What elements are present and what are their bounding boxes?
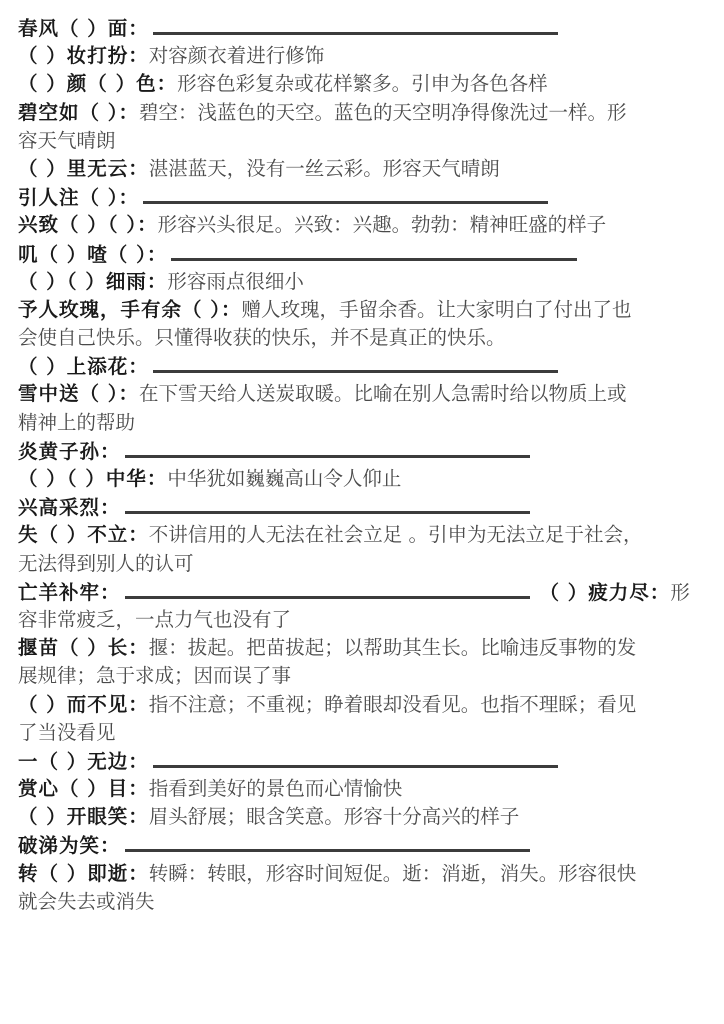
idiom-term: 一（ ）无边： bbox=[18, 750, 149, 773]
entry-line: 失（ ）不立：不讲信用的人无法在社会立足 。引申为无法立足于社会， bbox=[18, 521, 708, 549]
idiom-term: （ ）妆打扮： bbox=[18, 44, 149, 67]
idiom-definition-continued: 容天气晴朗 bbox=[18, 129, 116, 152]
entry-line: （ ）开眼笑：眉头舒展；眼含笑意。形容十分高兴的样子 bbox=[18, 803, 708, 831]
entry-line: 炎黄子孙： bbox=[18, 437, 708, 465]
entry-line: 兴致（ ）（ ）：形容兴头很足。兴致：兴趣。勃勃：精神旺盛的样子 bbox=[18, 211, 708, 239]
idiom-term: 破涕为笑： bbox=[18, 834, 121, 857]
entry-continuation: 容天气晴朗 bbox=[18, 127, 708, 155]
entry-continuation: 精神上的帮助 bbox=[18, 409, 708, 437]
entry-continuation: 展规律；急于求成；因而误了事 bbox=[18, 662, 708, 690]
entry-line: 春风（ ）面： bbox=[18, 14, 708, 42]
entry-line: 予人玫瑰，手有余（ ）：赠人玫瑰，手留余香。让大家明白了付出了也 bbox=[18, 296, 708, 324]
entry-line: （ ）妆打扮：对容颜衣着进行修饰 bbox=[18, 42, 708, 70]
idiom-term: （ ）里无云： bbox=[18, 157, 149, 180]
answer-blank[interactable] bbox=[153, 352, 558, 373]
idiom-term: （ ）（ ）中华： bbox=[18, 467, 167, 490]
entry-line: （ ）（ ）中华：中华犹如巍巍高山令人仰止 bbox=[18, 465, 708, 493]
idiom-term: （ ）开眼笑： bbox=[18, 805, 149, 828]
idiom-definition: 眉头舒展；眼含笑意。形容十分高兴的样子 bbox=[149, 805, 520, 828]
idiom-definition: 转瞬：转眼，形容时间短促。逝：消逝，消失。形容很快 bbox=[149, 862, 637, 885]
entry-continuation: 了当没看见 bbox=[18, 719, 708, 747]
idiom-term: 春风（ ）面： bbox=[18, 17, 149, 40]
idiom-definition-continued: 精神上的帮助 bbox=[18, 411, 135, 434]
idiom-definition: 形容色彩复杂或花样繁多。引申为各色各样 bbox=[177, 72, 548, 95]
entry-continuation: 容非常疲乏，一点力气也没有了 bbox=[18, 606, 708, 634]
idiom-term: 兴致（ ）（ ）： bbox=[18, 213, 158, 236]
idiom-definition: 形容兴头很足。兴致：兴趣。勃勃：精神旺盛的样子 bbox=[158, 213, 607, 236]
idiom-term: 转（ ）即逝： bbox=[18, 862, 149, 885]
entry-line: （ ）里无云：湛湛蓝天，没有一丝云彩。形容天气晴朗 bbox=[18, 155, 708, 183]
entry-line: 转（ ）即逝：转瞬：转眼，形容时间短促。逝：消逝，消失。形容很快 bbox=[18, 860, 708, 888]
idiom-definition: 形容雨点很细小 bbox=[167, 270, 304, 293]
answer-blank[interactable] bbox=[125, 578, 530, 599]
idiom-term: 予人玫瑰，手有余（ ）： bbox=[18, 298, 242, 321]
idiom-term: 叽（ ）喳（ ）： bbox=[18, 243, 167, 266]
idiom-definition-continued: 容非常疲乏，一点力气也没有了 bbox=[18, 608, 291, 631]
idiom-definition-continued: 会使自己快乐。只懂得收获的快乐，并不是真正的快乐。 bbox=[18, 326, 506, 349]
idiom-term: （ ）（ ）细雨： bbox=[18, 270, 167, 293]
answer-blank[interactable] bbox=[143, 183, 548, 204]
idiom-term: 亡羊补牢： bbox=[18, 581, 121, 604]
idiom-definition: 碧空：浅蓝色的天空。蓝色的天空明净得像洗过一样。形 bbox=[139, 101, 627, 124]
entry-line: （ ）而不见：指不注意；不重视；睁着眼却没看见。也指不理睬；看见 bbox=[18, 691, 708, 719]
idiom-term: （ ）疲力尽： bbox=[540, 581, 671, 604]
answer-blank[interactable] bbox=[125, 493, 530, 514]
entry-continuation: 就会失去或消失 bbox=[18, 888, 708, 916]
entry-line: 一（ ）无边： bbox=[18, 747, 708, 775]
idiom-term: 炎黄子孙： bbox=[18, 440, 121, 463]
answer-blank[interactable] bbox=[125, 437, 530, 458]
entry-line: 叽（ ）喳（ ）： bbox=[18, 240, 708, 268]
idiom-term: 雪中送（ ）： bbox=[18, 382, 139, 405]
idiom-definition: 在下雪天给人送炭取暖。比喻在别人急需时给以物质上或 bbox=[139, 382, 627, 405]
idiom-definition: 中华犹如巍巍高山令人仰止 bbox=[167, 467, 401, 490]
idiom-term: 赏心（ ）目： bbox=[18, 777, 149, 800]
answer-blank[interactable] bbox=[153, 14, 558, 35]
entry-line: 亡羊补牢：（ ）疲力尽：形 bbox=[18, 578, 708, 606]
idiom-term: 失（ ）不立： bbox=[18, 523, 149, 546]
idiom-definition-continued: 了当没看见 bbox=[18, 721, 116, 744]
entry-line: 赏心（ ）目：指看到美好的景色而心情愉快 bbox=[18, 775, 708, 803]
idiom-definition-continued: 展规律；急于求成；因而误了事 bbox=[18, 664, 291, 687]
answer-blank[interactable] bbox=[171, 240, 577, 261]
idiom-definition: 指不注意；不重视；睁着眼却没看见。也指不理睬；看见 bbox=[149, 693, 637, 716]
idiom-term: （ ）颜（ ）色： bbox=[18, 72, 177, 95]
entry-line: 引人注（ ）： bbox=[18, 183, 708, 211]
idiom-definition: 形 bbox=[670, 581, 690, 604]
entry-line: 碧空如（ ）：碧空：浅蓝色的天空。蓝色的天空明净得像洗过一样。形 bbox=[18, 99, 708, 127]
idiom-term: （ ）上添花： bbox=[18, 355, 149, 378]
entry-line: 兴高采烈： bbox=[18, 493, 708, 521]
idiom-term: 引人注（ ）： bbox=[18, 186, 139, 209]
entry-line: （ ）颜（ ）色：形容色彩复杂或花样繁多。引申为各色各样 bbox=[18, 70, 708, 98]
idiom-definition: 指看到美好的景色而心情愉快 bbox=[149, 777, 403, 800]
idiom-term: 兴高采烈： bbox=[18, 496, 121, 519]
idiom-term: 碧空如（ ）： bbox=[18, 101, 139, 124]
idiom-definition-continued: 无法得到别人的认可 bbox=[18, 552, 194, 575]
idiom-definition: 湛湛蓝天，没有一丝云彩。形容天气晴朗 bbox=[149, 157, 500, 180]
entry-line: （ ）（ ）细雨：形容雨点很细小 bbox=[18, 268, 708, 296]
idiom-definition: 对容颜衣着进行修饰 bbox=[149, 44, 325, 67]
entry-line: 揠苗（ ）长：揠：拔起。把苗拔起；以帮助其生长。比喻违反事物的发 bbox=[18, 634, 708, 662]
idiom-definition-continued: 就会失去或消失 bbox=[18, 890, 155, 913]
idiom-definition: 赠人玫瑰，手留余香。让大家明白了付出了也 bbox=[242, 298, 632, 321]
answer-blank[interactable] bbox=[125, 831, 530, 852]
entry-line: 破涕为笑： bbox=[18, 831, 708, 859]
entry-continuation: 无法得到别人的认可 bbox=[18, 550, 708, 578]
answer-blank[interactable] bbox=[153, 747, 558, 768]
idiom-term: 揠苗（ ）长： bbox=[18, 636, 149, 659]
idiom-term: （ ）而不见： bbox=[18, 693, 149, 716]
idiom-definition: 不讲信用的人无法在社会立足 。引申为无法立足于社会， bbox=[149, 523, 643, 546]
entry-line: （ ）上添花： bbox=[18, 352, 708, 380]
entry-continuation: 会使自己快乐。只懂得收获的快乐，并不是真正的快乐。 bbox=[18, 324, 708, 352]
idiom-definition: 揠：拔起。把苗拔起；以帮助其生长。比喻违反事物的发 bbox=[149, 636, 637, 659]
idiom-worksheet: 春风（ ）面： （ ）妆打扮：对容颜衣着进行修饰 （ ）颜（ ）色：形容色彩复杂… bbox=[18, 14, 708, 916]
entry-line: 雪中送（ ）：在下雪天给人送炭取暖。比喻在别人急需时给以物质上或 bbox=[18, 380, 708, 408]
